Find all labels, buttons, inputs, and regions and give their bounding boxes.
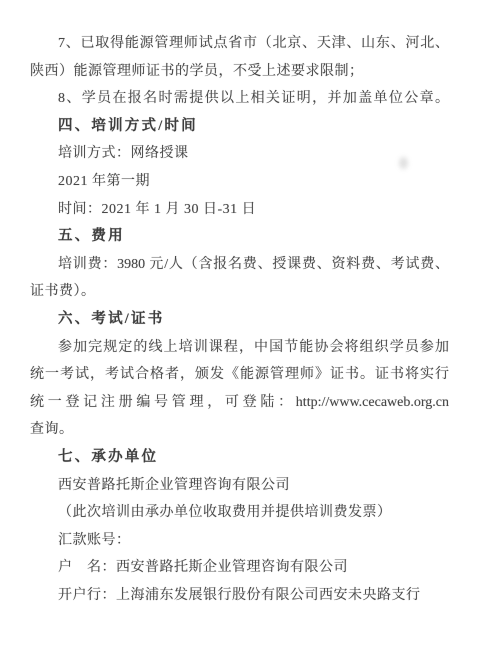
doc-line-organizer: 西安普路托斯企业管理咨询有限公司 — [30, 472, 449, 500]
doc-line-remittance-label: 汇款账号： — [30, 527, 449, 555]
document-text: 7、已取得能源管理师试点省市（北京、天津、山东、河北、 陕西）能源管理师证书的学… — [30, 30, 449, 609]
doc-line-item7-cont: 陕西）能源管理师证书的学员，不受上述要求限制； — [30, 58, 449, 86]
doc-line-exam-p2: 统一考试，考试合格者，颁发《能源管理师》证书。证书将实行 — [30, 361, 449, 389]
doc-line-exam-p4: 查询。 — [30, 416, 449, 444]
doc-line-session: 2021 年第一期 — [30, 168, 449, 196]
scan-smudge — [399, 157, 408, 169]
doc-line-item7: 7、已取得能源管理师试点省市（北京、天津、山东、河北、 — [30, 30, 449, 58]
document-page: 7、已取得能源管理师试点省市（北京、天津、山东、河北、 陕西）能源管理师证书的学… — [0, 0, 487, 649]
doc-line-invoice-note: （此次培训由承办单位收取费用并提供培训费发票） — [30, 499, 449, 527]
doc-line-exam-url: 统一登记注册编号管理，可登陆：http://www.cecaweb.org.cn — [30, 389, 449, 417]
doc-line-fee-cont: 证书费）。 — [30, 278, 449, 306]
doc-line-exam-p1: 参加完规定的线上培训课程，中国节能协会将组织学员参加 — [30, 334, 449, 362]
doc-line-fee: 培训费：3980 元/人（含报名费、授课费、资料费、考试费、 — [30, 251, 449, 279]
doc-heading-section5: 五、费用 — [30, 223, 449, 251]
doc-heading-section6: 六、考试/证书 — [30, 306, 449, 334]
doc-line-account-name: 户 名：西安普路托斯企业管理咨询有限公司 — [30, 554, 449, 582]
doc-line-item8: 8、学员在报名时需提供以上相关证明，并加盖单位公章。 — [30, 85, 449, 113]
doc-line-time: 时间：2021 年 1 月 30 日-31 日 — [30, 196, 449, 224]
doc-line-bank: 开户行：上海浦东发展银行股份有限公司西安未央路支行 — [30, 582, 449, 610]
doc-heading-section7: 七、承办单位 — [30, 444, 449, 472]
doc-heading-section4: 四、培训方式/时间 — [30, 113, 449, 141]
doc-line-training-method: 培训方式：网络授课 — [30, 140, 449, 168]
